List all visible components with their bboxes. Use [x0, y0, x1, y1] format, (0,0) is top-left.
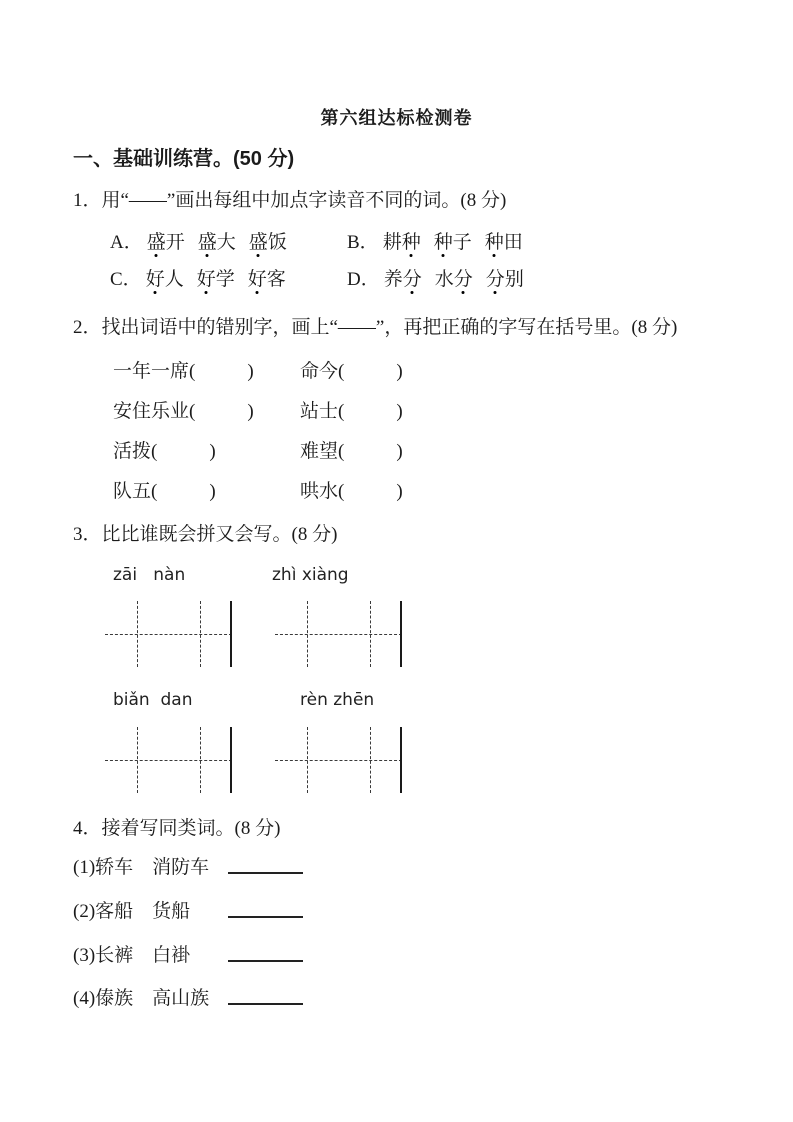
dotted-word: 好人 [146, 264, 184, 291]
answer-blank[interactable] [228, 942, 303, 962]
dotted-word: 盛大 [198, 227, 236, 254]
option-b-label: B． [347, 232, 379, 253]
question-1-heading: 1．用“——”画出每组中加点字读音不同的词。(8 分) [73, 185, 506, 212]
writing-grid[interactable] [275, 727, 402, 793]
answer-blank[interactable] [228, 854, 303, 874]
dotted-word: 耕种 [383, 227, 421, 254]
char: 子 [453, 227, 472, 254]
grid-cell-line [137, 601, 138, 667]
grid-cell-line [137, 727, 138, 793]
char: 饭 [268, 227, 287, 254]
dotted-word: 好客 [248, 264, 286, 291]
dotted-word: 水分 [435, 264, 473, 291]
char: 别 [505, 264, 524, 291]
paren-open: ( [151, 441, 157, 462]
q2-word: 哄水 [300, 481, 338, 502]
grid-right-border [230, 601, 232, 667]
option-a-label: A． [110, 232, 143, 253]
q1-option-a: A．盛开盛大盛饭 [110, 227, 287, 254]
pinyin-label-zai-nan: zāi nàn [113, 565, 185, 585]
q2-word: 命今 [300, 361, 338, 382]
paren-close: ) [396, 401, 402, 422]
paren-close: ) [396, 441, 402, 462]
dotted-char: 种 [485, 227, 504, 254]
dotted-word: 种子 [434, 227, 472, 254]
char: 田 [504, 227, 523, 254]
paren-close: ) [396, 481, 402, 502]
q2-word: 难望 [300, 441, 338, 462]
q2-word-item: 活拨() [113, 436, 216, 463]
item-words: 长裤 白褂 [95, 945, 190, 966]
q2-word: 队五 [113, 481, 151, 502]
q4-item-1: (1)轿车 消防车 [73, 852, 473, 878]
dotted-char: 分 [486, 264, 505, 291]
grid-right-border [230, 727, 232, 793]
grid-cell-line [370, 601, 371, 667]
q2-word-item: 命今() [300, 356, 403, 383]
grid-center-line [105, 634, 232, 635]
char: 客 [267, 264, 286, 291]
char: 大 [217, 227, 236, 254]
dotted-char: 盛 [249, 227, 268, 254]
q2-word-item: 安住乐业() [113, 396, 254, 423]
answer-blank[interactable] [228, 985, 303, 1005]
grid-cell-line [200, 601, 201, 667]
option-c-label: C． [110, 269, 142, 290]
item-number: (2) [73, 901, 95, 922]
item-words: 客船 货船 [95, 901, 190, 922]
q2-word: 站士 [300, 401, 338, 422]
page-title: 第六组达标检测卷 [0, 104, 793, 130]
grid-cell-line [307, 727, 308, 793]
grid-center-line [275, 760, 402, 761]
option-a-words: 盛开盛大盛饭 [147, 232, 287, 253]
q2-word-item: 站士() [300, 396, 403, 423]
grid-cell-line [200, 727, 201, 793]
dotted-word: 种田 [485, 227, 523, 254]
paren-close: ) [247, 361, 253, 382]
paren-close: ) [209, 441, 215, 462]
dotted-char: 种 [434, 227, 453, 254]
dotted-char: 好 [146, 264, 165, 291]
char: 耕 [383, 227, 402, 254]
dotted-char: 盛 [147, 227, 166, 254]
dotted-word: 养分 [384, 264, 422, 291]
writing-grid[interactable] [275, 601, 402, 667]
dotted-char: 分 [403, 264, 422, 291]
dotted-char: 好 [197, 264, 216, 291]
q2-word-item: 队五() [113, 476, 216, 503]
grid-right-border [400, 601, 402, 667]
section-one-heading: 一、基础训练营。(50 分) [73, 142, 294, 171]
item-number: (3) [73, 945, 95, 966]
char: 学 [216, 264, 235, 291]
item-words: 傣族 高山族 [95, 988, 209, 1009]
dotted-word: 盛开 [147, 227, 185, 254]
q4-item-2: (2)客船 货船 [73, 896, 473, 922]
q2-word: 安住乐业 [113, 401, 189, 422]
paren-open: ( [189, 361, 195, 382]
char: 养 [384, 264, 403, 291]
item-words: 轿车 消防车 [95, 857, 209, 878]
q2-word: 一年一席 [113, 361, 189, 382]
paren-close: ) [247, 401, 253, 422]
pinyin-label-zhi-xiang: zhì xiàng [272, 565, 349, 585]
char: 人 [165, 264, 184, 291]
question-4-heading: 4．接着写同类词。(8 分) [73, 813, 280, 840]
item-number: (1) [73, 857, 95, 878]
grid-cell-line [370, 727, 371, 793]
q2-word-item: 难望() [300, 436, 403, 463]
option-d-words: 养分水分分别 [384, 269, 524, 290]
option-d-label: D． [347, 269, 380, 290]
grid-center-line [275, 634, 402, 635]
q1-option-c: C．好人好学好客 [110, 264, 286, 291]
pinyin-label-ren-zhen: rèn zhēn [300, 690, 374, 710]
answer-blank[interactable] [228, 898, 303, 918]
dotted-char: 盛 [198, 227, 217, 254]
q2-word: 活拨 [113, 441, 151, 462]
writing-grid[interactable] [105, 601, 232, 667]
q1-option-d: D．养分水分分别 [347, 264, 524, 291]
grid-right-border [400, 727, 402, 793]
paren-open: ( [338, 401, 344, 422]
char: 水 [435, 264, 454, 291]
dotted-char: 分 [454, 264, 473, 291]
paren-open: ( [338, 481, 344, 502]
grid-center-line [105, 760, 232, 761]
writing-grid[interactable] [105, 727, 232, 793]
q2-word-item: 一年一席() [113, 356, 254, 383]
question-2-heading: 2．找出词语中的错别字，画上“——”，再把正确的字写在括号里。(8 分) [73, 312, 677, 339]
dotted-word: 分别 [486, 264, 524, 291]
paren-close: ) [209, 481, 215, 502]
option-b-words: 耕种种子种田 [383, 232, 523, 253]
char: 开 [166, 227, 185, 254]
dotted-char: 好 [248, 264, 267, 291]
paren-open: ( [151, 481, 157, 502]
test-paper-page: 第六组达标检测卷 一、基础训练营。(50 分) 1．用“——”画出每组中加点字读… [0, 0, 793, 1122]
paren-open: ( [338, 441, 344, 462]
q4-item-3: (3)长裤 白褂 [73, 940, 473, 966]
q1-option-b: B．耕种种子种田 [347, 227, 523, 254]
q2-word-item: 哄水() [300, 476, 403, 503]
dotted-word: 好学 [197, 264, 235, 291]
dotted-char: 种 [402, 227, 421, 254]
option-c-words: 好人好学好客 [146, 269, 286, 290]
dotted-word: 盛饭 [249, 227, 287, 254]
paren-close: ) [396, 361, 402, 382]
grid-cell-line [307, 601, 308, 667]
q4-item-4: (4)傣族 高山族 [73, 983, 473, 1009]
question-3-heading: 3．比比谁既会拼又会写。(8 分) [73, 519, 337, 546]
paren-open: ( [338, 361, 344, 382]
item-number: (4) [73, 988, 95, 1009]
pinyin-label-bian-dan: biǎn dan [113, 690, 193, 710]
paren-open: ( [189, 401, 195, 422]
